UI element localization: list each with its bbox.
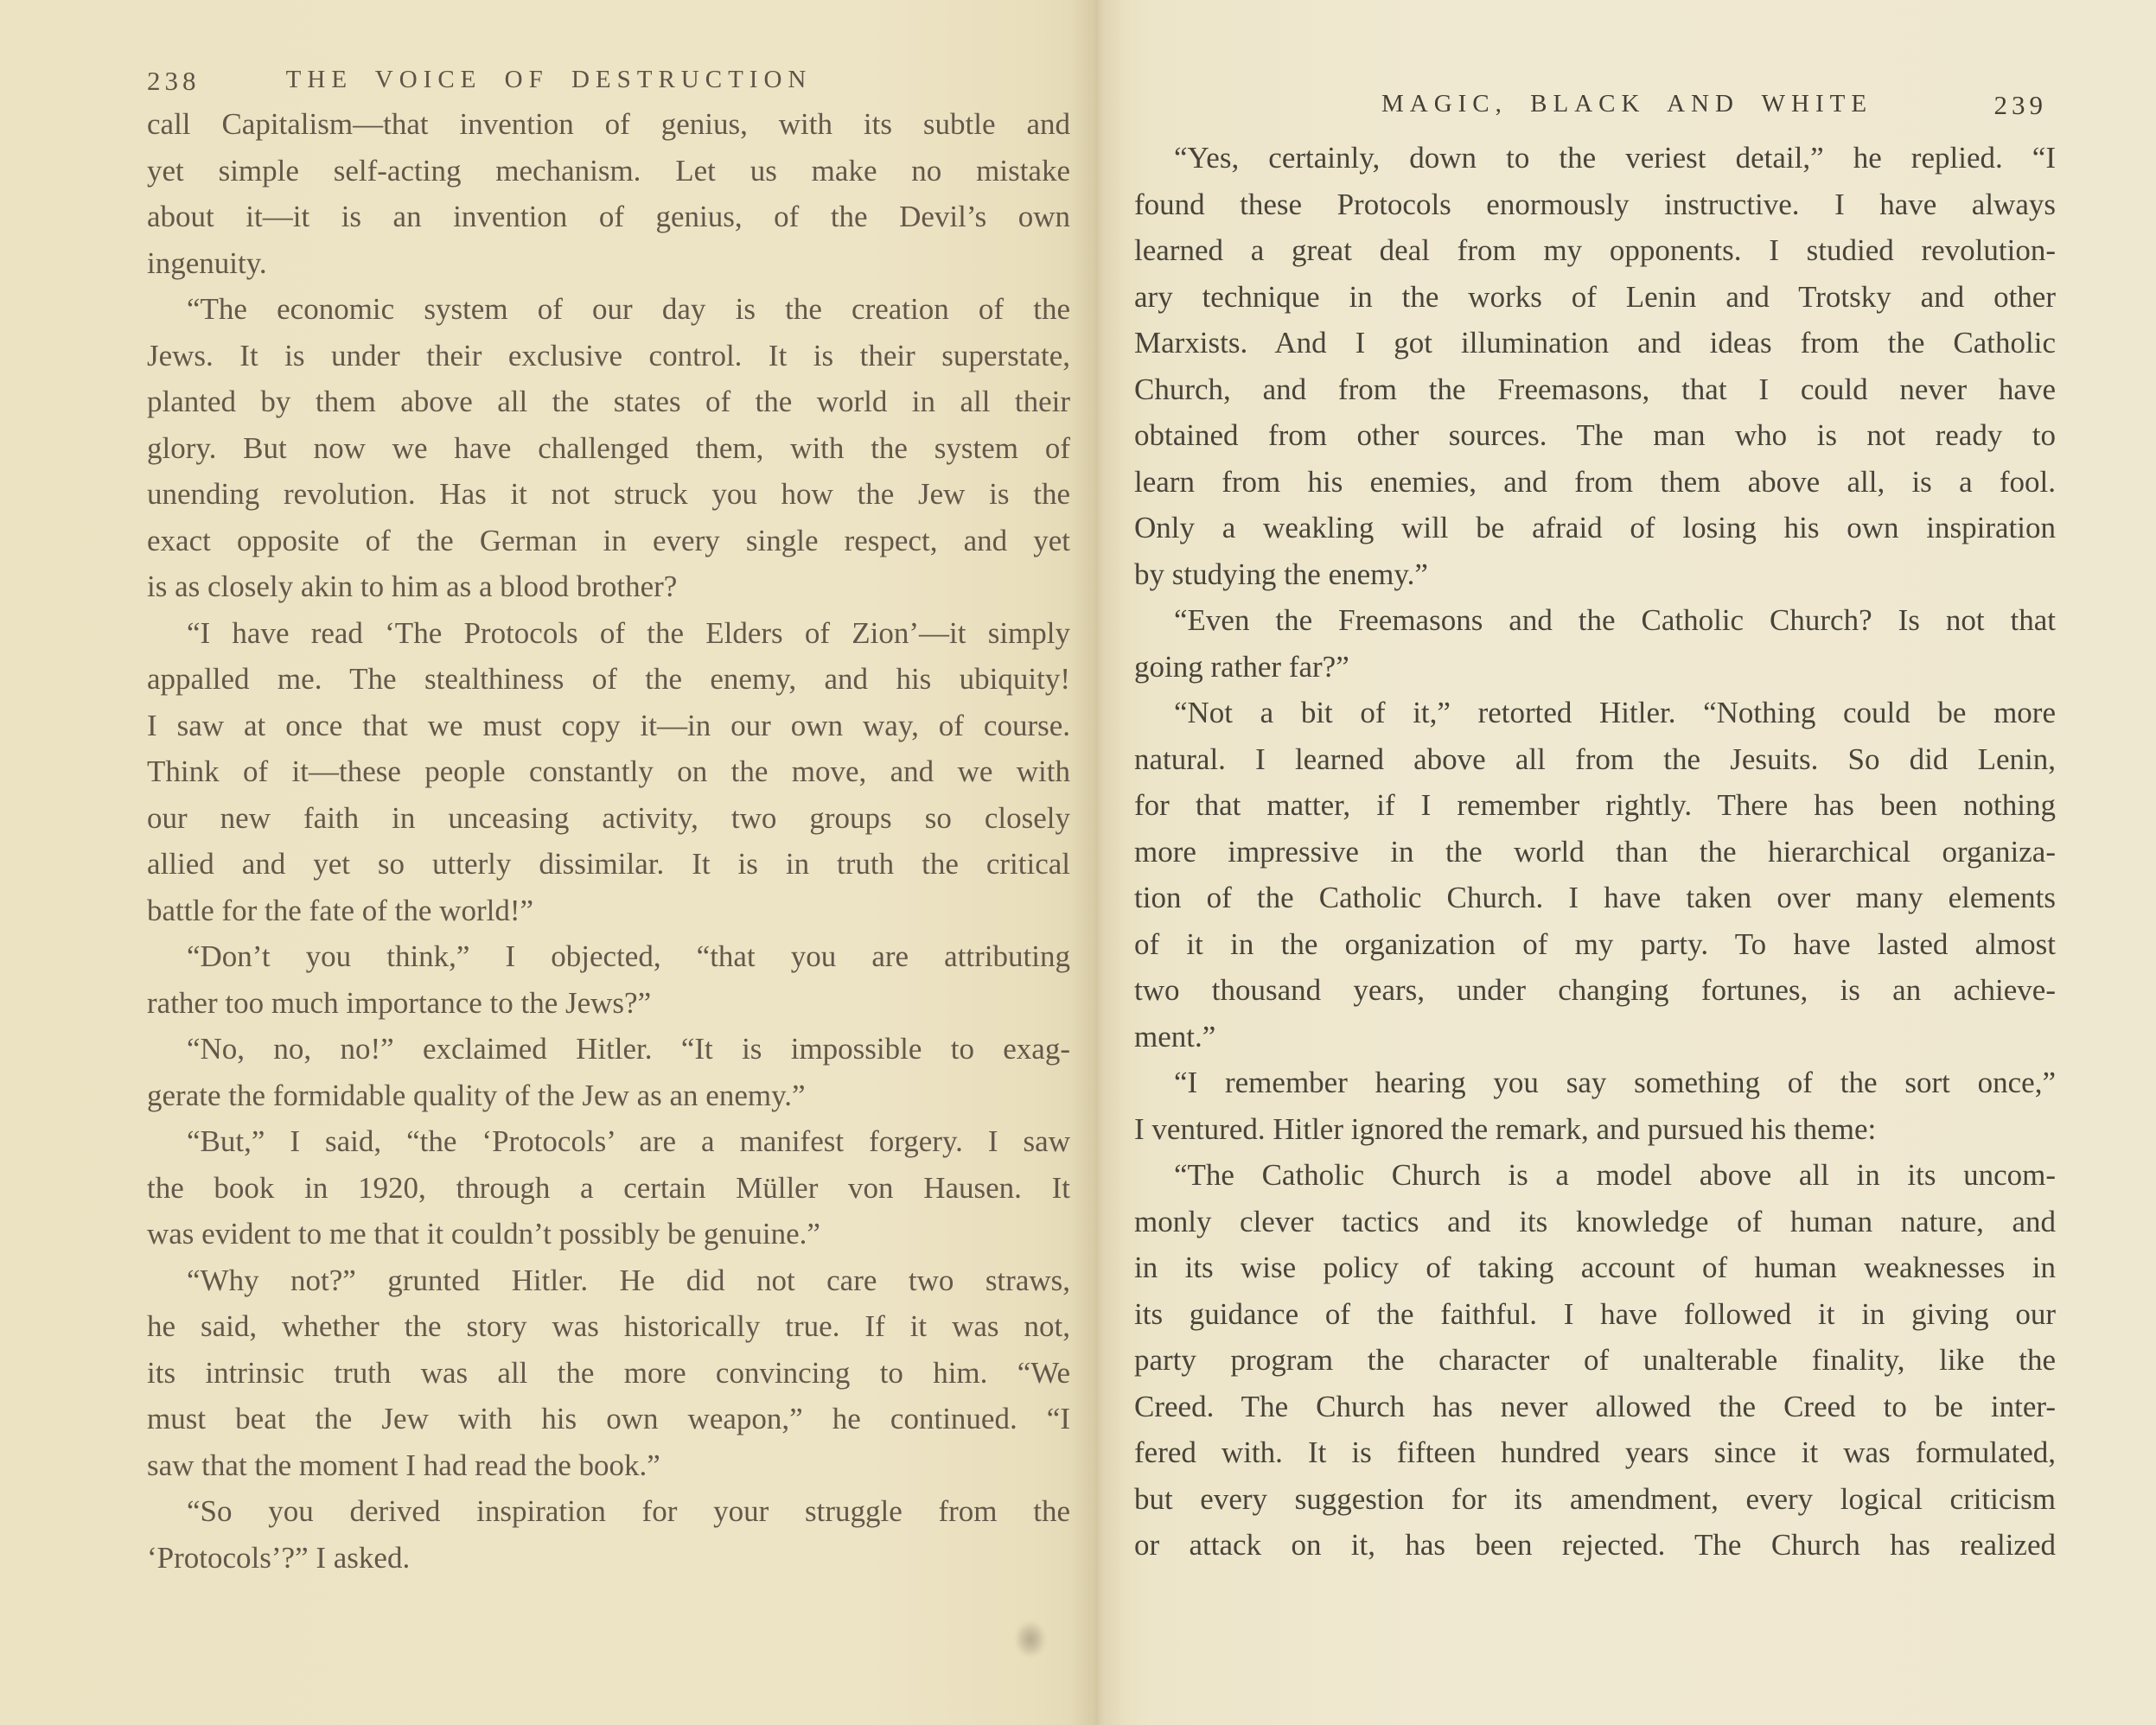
text-line: party program the character of unalterab…	[1134, 1337, 2056, 1384]
text-line: I saw at once that we must copy it—in ou…	[147, 703, 1070, 749]
text-line: rather too much importance to the Jews?”	[147, 980, 1070, 1027]
text-line: glory. But now we have challenged them, …	[147, 425, 1070, 472]
text-line: or attack on it, has been rejected. The …	[1134, 1522, 2056, 1569]
text-line: saw that the moment I had read the book.…	[147, 1442, 1070, 1489]
text-line: ingenuity.	[147, 240, 1070, 287]
text-line: more impressive in the world than the hi…	[1134, 829, 2056, 875]
text-line: ‘Protocols’?” I asked.	[147, 1535, 1070, 1582]
text-line: our new faith in unceasing activity, two…	[147, 795, 1070, 842]
right-text-block: “Yes, certainly, down to the veriest det…	[1134, 135, 2056, 1569]
text-line: monly clever tactics and its knowledge o…	[1134, 1199, 2056, 1245]
text-line: unending revolution. Has it not struck y…	[147, 471, 1070, 518]
right-page-number: 239	[1994, 90, 2048, 121]
text-line: Marxists. And I got illumination and ide…	[1134, 320, 2056, 366]
left-running-title: THE VOICE OF DESTRUCTION	[0, 66, 1098, 94]
text-line: “But,” I said, “the ‘Protocols’ are a ma…	[147, 1118, 1070, 1165]
page-left: 238 THE VOICE OF DESTRUCTION call Capita…	[0, 0, 1098, 1725]
text-line: in its wise policy of taking account of …	[1134, 1244, 2056, 1291]
text-line: Only a weakling will be afraid of losing…	[1134, 505, 2056, 551]
page-right: MAGIC, BLACK AND WHITE 239 “Yes, certain…	[1098, 0, 2156, 1725]
text-line: “Not a bit of it,” retorted Hitler. “Not…	[1134, 690, 2056, 736]
text-line: its guidance of the faithful. I have fol…	[1134, 1291, 2056, 1338]
text-line: ary technique in the works of Lenin and …	[1134, 274, 2056, 321]
text-line: “The economic system of our day is the c…	[147, 286, 1070, 333]
text-line: learn from his enemies, and from them ab…	[1134, 459, 2056, 506]
text-line: exact opposite of the German in every si…	[147, 518, 1070, 564]
text-line: “The Catholic Church is a model above al…	[1134, 1152, 2056, 1199]
text-line: must beat the Jew with his own weapon,” …	[147, 1396, 1070, 1442]
text-line: by studying the enemy.”	[1134, 551, 2056, 598]
text-line: Jews. It is under their exclusive contro…	[147, 333, 1070, 379]
text-line: Church, and from the Freemasons, that I …	[1134, 366, 2056, 413]
text-line: “Why not?” grunted Hitler. He did not ca…	[147, 1257, 1070, 1304]
text-line: “So you derived inspiration for your str…	[147, 1488, 1070, 1535]
text-line: “Don’t you think,” I objected, “that you…	[147, 933, 1070, 980]
text-line: ment.”	[1134, 1014, 2056, 1060]
text-line: is as closely akin to him as a blood bro…	[147, 563, 1070, 610]
scan-smudge-mark	[1005, 1614, 1056, 1670]
left-running-header: 238 THE VOICE OF DESTRUCTION	[0, 66, 1098, 100]
left-text-block: call Capitalism—that invention of genius…	[147, 101, 1070, 1581]
text-line: “Yes, certainly, down to the veriest det…	[1134, 135, 2056, 181]
text-line: Think of it—these people constantly on t…	[147, 748, 1070, 795]
text-line: call Capitalism—that invention of genius…	[147, 101, 1070, 148]
text-line: natural. I learned above all from the Je…	[1134, 736, 2056, 783]
right-running-header: MAGIC, BLACK AND WHITE 239	[1098, 90, 2156, 124]
text-line: was evident to me that it couldn’t possi…	[147, 1211, 1070, 1257]
text-line: learned a great deal from my opponents. …	[1134, 227, 2056, 274]
text-line: “I have read ‘The Protocols of the Elder…	[147, 610, 1070, 657]
text-line: two thousand years, under changing fortu…	[1134, 967, 2056, 1014]
text-line: planted by them above all the states of …	[147, 379, 1070, 425]
text-line: battle for the fate of the world!”	[147, 888, 1070, 934]
text-line: for that matter, if I remember rightly. …	[1134, 782, 2056, 829]
text-line: found these Protocols enormously instruc…	[1134, 181, 2056, 228]
text-line: but every suggestion for its amendment, …	[1134, 1476, 2056, 1523]
text-line: tion of the Catholic Church. I have take…	[1134, 875, 2056, 921]
text-line: gerate the formidable quality of the Jew…	[147, 1073, 1070, 1119]
text-line: Creed. The Church has never allowed the …	[1134, 1384, 2056, 1430]
text-line: “Even the Freemasons and the Catholic Ch…	[1134, 597, 2056, 644]
text-line: the book in 1920, through a certain Müll…	[147, 1165, 1070, 1212]
text-line: about it—it is an invention of genius, o…	[147, 194, 1070, 240]
text-line: “No, no, no!” exclaimed Hitler. “It is i…	[147, 1026, 1070, 1073]
text-line: yet simple self-acting mechanism. Let us…	[147, 148, 1070, 194]
text-line: its intrinsic truth was all the more con…	[147, 1350, 1070, 1397]
text-line: obtained from other sources. The man who…	[1134, 412, 2056, 459]
book-scan: 238 THE VOICE OF DESTRUCTION call Capita…	[0, 0, 2156, 1725]
text-line: “I remember hearing you say something of…	[1134, 1060, 2056, 1106]
text-line: going rather far?”	[1134, 644, 2056, 691]
text-line: fered with. It is fifteen hundred years …	[1134, 1429, 2056, 1476]
text-line: appalled me. The stealthiness of the ene…	[147, 656, 1070, 703]
text-line: allied and yet so utterly dissimilar. It…	[147, 841, 1070, 888]
text-line: he said, whether the story was historica…	[147, 1303, 1070, 1350]
text-line: I ventured. Hitler ignored the remark, a…	[1134, 1106, 2056, 1153]
text-line: of it in the organization of my party. T…	[1134, 921, 2056, 968]
